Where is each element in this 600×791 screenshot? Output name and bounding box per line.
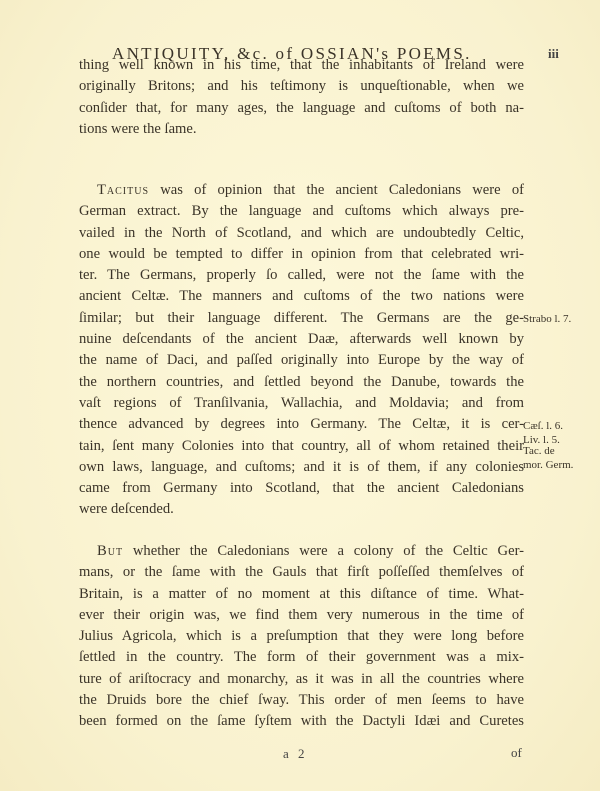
signature-mark: a 2 [283, 746, 308, 762]
text-line: ancient Celtæ. The manners and cuſtoms o… [79, 286, 524, 307]
text-line: tions were the ſame. [79, 119, 524, 140]
text-run: was of opinion that the ancient Caledoni… [149, 182, 524, 198]
paragraph-2: Tacitus was of opinion that the ancient … [79, 180, 524, 521]
text-line: were deſcended. [79, 499, 524, 520]
text-line: Julius Agricola, which is a preſumption … [79, 626, 524, 647]
text-line: the Druids bore the chief ſway. This ord… [79, 690, 524, 711]
paragraph-3: But whether the Caledonians were a colon… [79, 541, 524, 733]
text-line: nuine deſcendants of the ancient Daæ, af… [79, 329, 524, 350]
text-line: conſider that, for many ages, the langua… [79, 98, 524, 119]
margin-note-tacitus: Tac. de [523, 445, 555, 457]
text-line: Britain, is a matter of no moment at thi… [79, 584, 524, 605]
text-line: ever their origin was, we find them very… [79, 605, 524, 626]
lead-small-caps: Tacitus [97, 182, 149, 198]
paragraph-1: thing well known in his time, that the i… [79, 55, 524, 140]
text-line: ture of ariſtocracy and monarchy, as it … [79, 669, 524, 690]
text-line: the northern countries, and ſettled beyo… [79, 372, 524, 393]
margin-note-caesar: Cæſ. l. 6. [523, 420, 563, 432]
text-run: whether the Caledonians were a colony of… [123, 543, 524, 559]
text-line: vaſt regions of Tranſilvania, Wallachia,… [79, 393, 524, 414]
text-line: ſimilar; but their language different. T… [79, 308, 524, 329]
lead-small-caps: But [97, 543, 123, 559]
text-line: originally Britons; and his teſtimony is… [79, 76, 524, 97]
text-line: thence advanced by degrees into Germany.… [79, 414, 524, 435]
book-page: ANTIQUITY, &c. of OSSIAN's POEMS. iii th… [0, 0, 600, 791]
text-line: the name of Daci, and paſſed originally … [79, 350, 524, 371]
text-line: been formed on the ſame ſyſtem with the … [79, 711, 524, 732]
text-line: But whether the Caledonians were a colon… [79, 541, 524, 562]
text-line: came from Germany into Scotland, that th… [79, 478, 524, 499]
text-line: ſettled in the country. The form of thei… [79, 647, 524, 668]
text-line: Tacitus was of opinion that the ancient … [79, 180, 524, 201]
text-line: thing well known in his time, that the i… [79, 55, 524, 76]
text-line: German extract. By the language and cuſt… [79, 201, 524, 222]
text-line: own laws, language, and cuſtoms; and it … [79, 457, 524, 478]
text-line: one would be tempted to differ in opinio… [79, 244, 524, 265]
text-line: tain, ſent many Colonies into that count… [79, 436, 524, 457]
text-line: ter. The Germans, properly ſo called, we… [79, 265, 524, 286]
catchword: of [511, 745, 522, 761]
margin-note-strabo: Strabo l. 7. [523, 313, 571, 325]
text-line: mans, or the ſame with the Gauls that fi… [79, 562, 524, 583]
margin-note-germania: mor. Germ. [523, 459, 573, 471]
text-line: vailed in the North of Scotland, and whi… [79, 223, 524, 244]
page-number: iii [548, 46, 559, 62]
